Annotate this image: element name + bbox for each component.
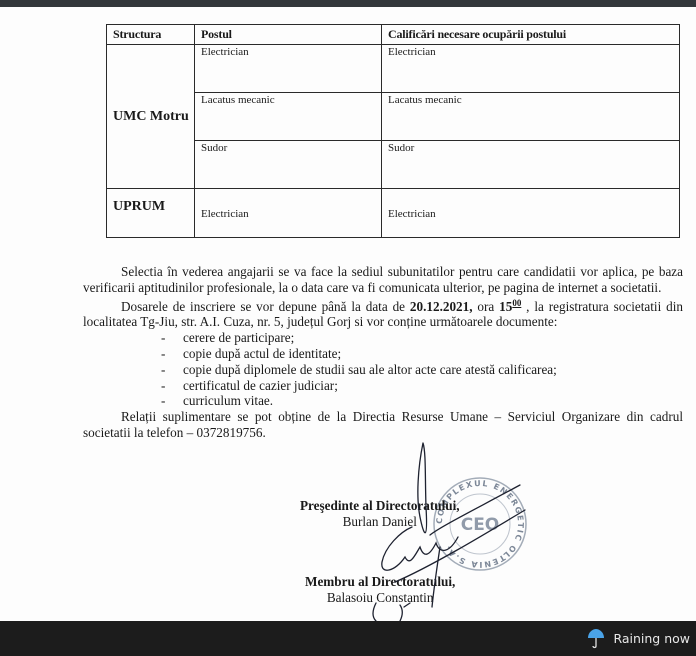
list-item: -cerere de participare;: [161, 330, 683, 346]
dash-bullet: -: [161, 378, 165, 394]
deadline-minutes: 00: [512, 298, 521, 308]
qualification-cell: Electrician: [382, 189, 680, 238]
table-row: UPRUM Electrician Electrician: [107, 189, 680, 238]
post-cell: Electrician: [195, 189, 382, 238]
structure-cell: UPRUM: [107, 189, 195, 238]
list-item: -certificatul de cazier judiciar;: [161, 378, 683, 394]
contact-paragraph: Relații suplimentare se pot obține de la…: [83, 409, 683, 441]
umbrella-icon: [587, 628, 605, 650]
table-row: UMC Motru Electrician Electrician: [107, 45, 680, 93]
signatory-name: Balasoiu Constantin: [305, 590, 455, 606]
list-item: -copie după diplomele de studii sau ale …: [161, 362, 683, 378]
header-calificari: Calificări necesare ocupării postului: [382, 25, 680, 45]
deadline-date: 20.12.2021,: [410, 299, 473, 314]
positions-table: Structura Postul Calificări necesare ocu…: [106, 24, 680, 238]
list-item-text: curriculum vitae.: [183, 393, 273, 408]
structure-cell: UMC Motru: [107, 45, 195, 189]
signature-block-member: Membru al Directoratului, Balasoiu Const…: [305, 574, 455, 606]
post-cell: Lacatus mecanic: [195, 93, 382, 141]
dash-bullet: -: [161, 346, 165, 362]
window-top-bar: [0, 0, 696, 7]
selection-paragraph: Selectia în vederea angajarii se va face…: [83, 264, 683, 296]
header-structura: Structura: [107, 25, 195, 45]
list-item: -curriculum vitae.: [161, 393, 683, 409]
body-text: Selectia în vederea angajarii se va face…: [83, 264, 683, 441]
list-item-text: cerere de participare;: [183, 330, 294, 345]
table-header-row: Structura Postul Calificări necesare ocu…: [107, 25, 680, 45]
qualification-cell: Lacatus mecanic: [382, 93, 680, 141]
dash-bullet: -: [161, 393, 165, 409]
signature-block-president: Preşedinte al Directoratului, Burlan Dan…: [300, 498, 460, 530]
svg-text:CEO: CEO: [461, 515, 500, 535]
required-documents-list: -cerere de participare; -copie după actu…: [83, 330, 683, 409]
qualification-cell: Electrician: [382, 45, 680, 93]
signatory-title: Membru al Directoratului,: [305, 574, 455, 590]
signatory-title: Preşedinte al Directoratului,: [300, 498, 460, 514]
dash-bullet: -: [161, 362, 165, 378]
weather-text: Raining now: [613, 631, 690, 646]
qualification-cell: Sudor: [382, 141, 680, 189]
post-cell: Electrician: [195, 45, 382, 93]
submission-paragraph: Dosarele de inscriere se vor depune până…: [83, 296, 683, 331]
post-cell: Sudor: [195, 141, 382, 189]
dash-bullet: -: [161, 330, 165, 346]
document-page: Structura Postul Calificări necesare ocu…: [0, 7, 696, 621]
deadline-hour: 15: [499, 299, 512, 314]
submission-text: Dosarele de inscriere se vor depune până…: [121, 299, 410, 314]
ora-text: ora: [473, 299, 500, 314]
taskbar: Raining now: [0, 621, 696, 656]
weather-widget[interactable]: Raining now: [587, 621, 690, 656]
list-item-text: copie după actul de identitate;: [183, 346, 341, 361]
list-item: -copie după actul de identitate;: [161, 346, 683, 362]
signatory-name: Burlan Daniel: [300, 514, 460, 530]
header-postul: Postul: [195, 25, 382, 45]
list-item-text: certificatul de cazier judiciar;: [183, 378, 338, 393]
list-item-text: copie după diplomele de studii sau ale a…: [183, 362, 557, 377]
